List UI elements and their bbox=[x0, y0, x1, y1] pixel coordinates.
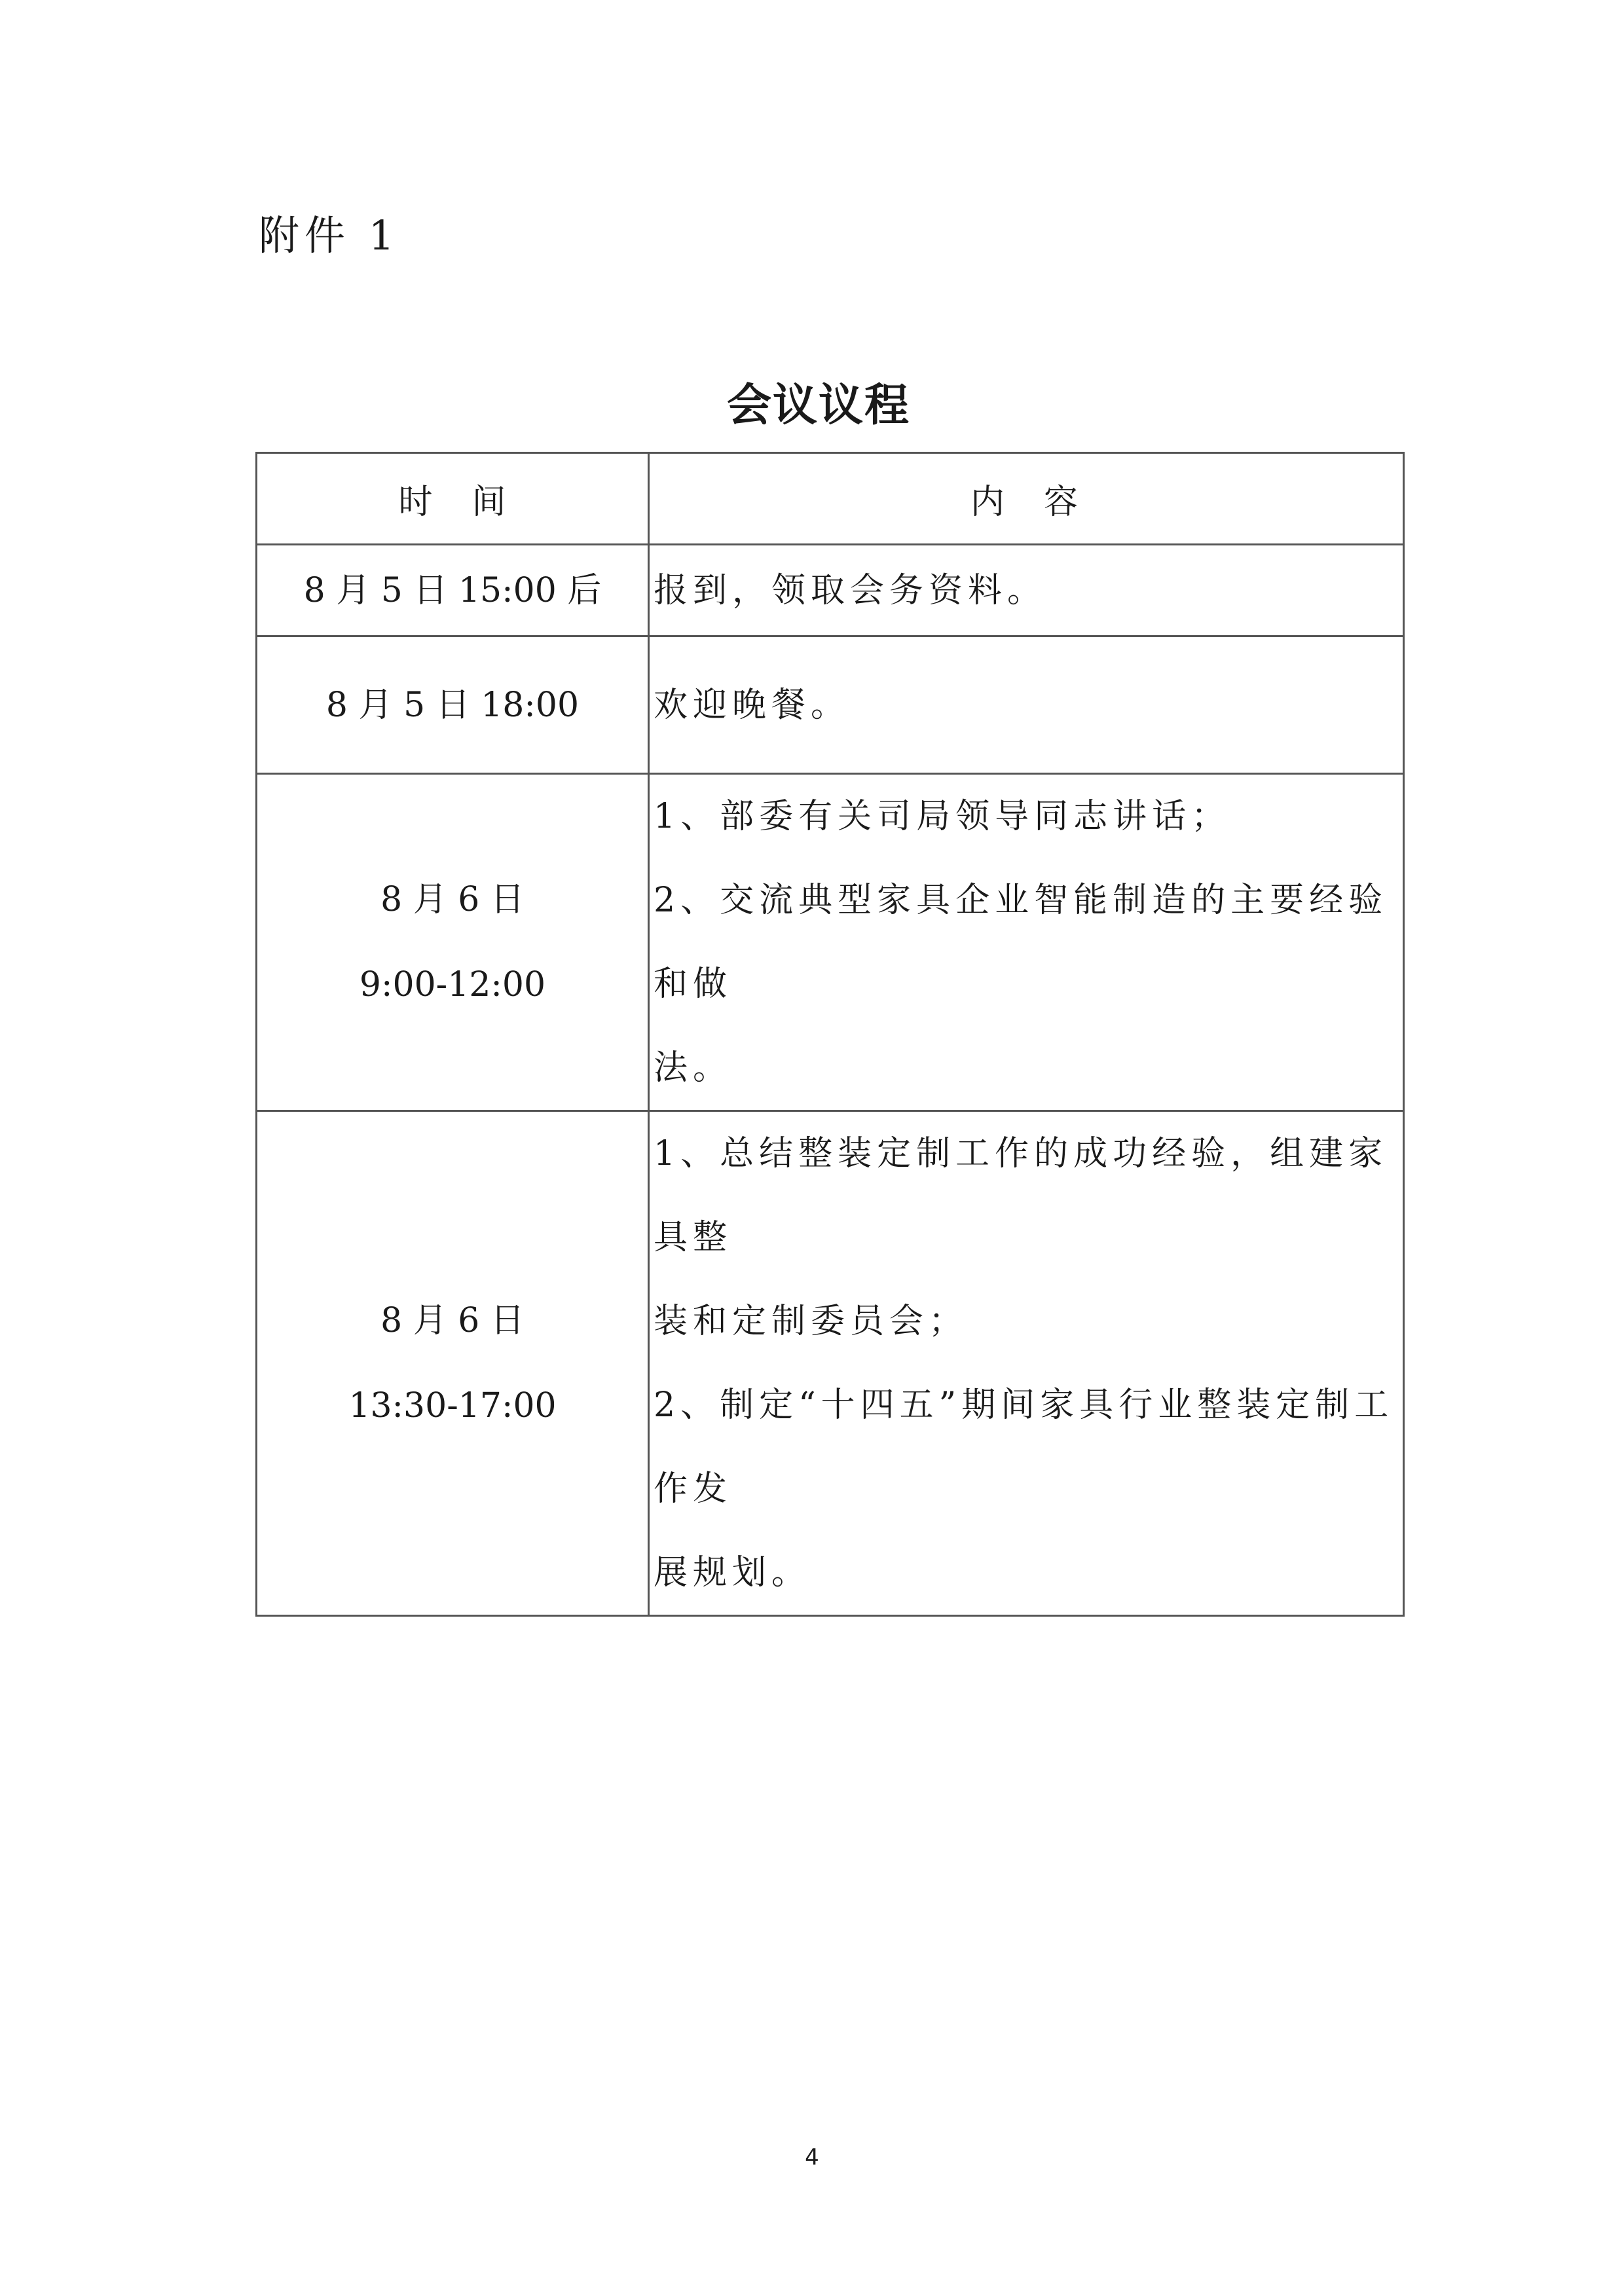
agenda-table: 时间 内容 8 月 5 日 15:00 后 报到，领取会务资料。 8 月 5 日… bbox=[255, 452, 1405, 1617]
table-row: 8 月 5 日 15:00 后 报到，领取会务资料。 bbox=[257, 545, 1404, 636]
content-cell: 欢迎晚餐。 bbox=[649, 636, 1404, 774]
content-cell: 1、部委有关司局领导同志讲话； 2、交流典型家具企业智能制造的主要经验和做 法。 bbox=[649, 774, 1404, 1111]
time-cell: 8 月 6 日 9:00-12:00 bbox=[257, 774, 649, 1111]
table-row: 8 月 6 日 13:30-17:00 1、总结整装定制工作的成功经验，组建家具… bbox=[257, 1111, 1404, 1616]
header-time: 时间 bbox=[257, 453, 649, 545]
table-row: 8 月 5 日 18:00 欢迎晚餐。 bbox=[257, 636, 1404, 774]
attachment-label: 附件 1 bbox=[259, 203, 399, 261]
content-cell: 报到，领取会务资料。 bbox=[649, 545, 1404, 636]
page-number: 4 bbox=[0, 2144, 1624, 2171]
page-title: 会议议程 bbox=[0, 370, 1624, 433]
table-header-row: 时间 内容 bbox=[257, 453, 1404, 545]
header-content: 内容 bbox=[649, 453, 1404, 545]
content-cell: 1、总结整装定制工作的成功经验，组建家具整 装和定制委员会； 2、制定“十四五”… bbox=[649, 1111, 1404, 1616]
time-cell: 8 月 6 日 13:30-17:00 bbox=[257, 1111, 649, 1616]
time-cell: 8 月 5 日 18:00 bbox=[257, 636, 649, 774]
time-cell: 8 月 5 日 15:00 后 bbox=[257, 545, 649, 636]
table-row: 8 月 6 日 9:00-12:00 1、部委有关司局领导同志讲话； 2、交流典… bbox=[257, 774, 1404, 1111]
